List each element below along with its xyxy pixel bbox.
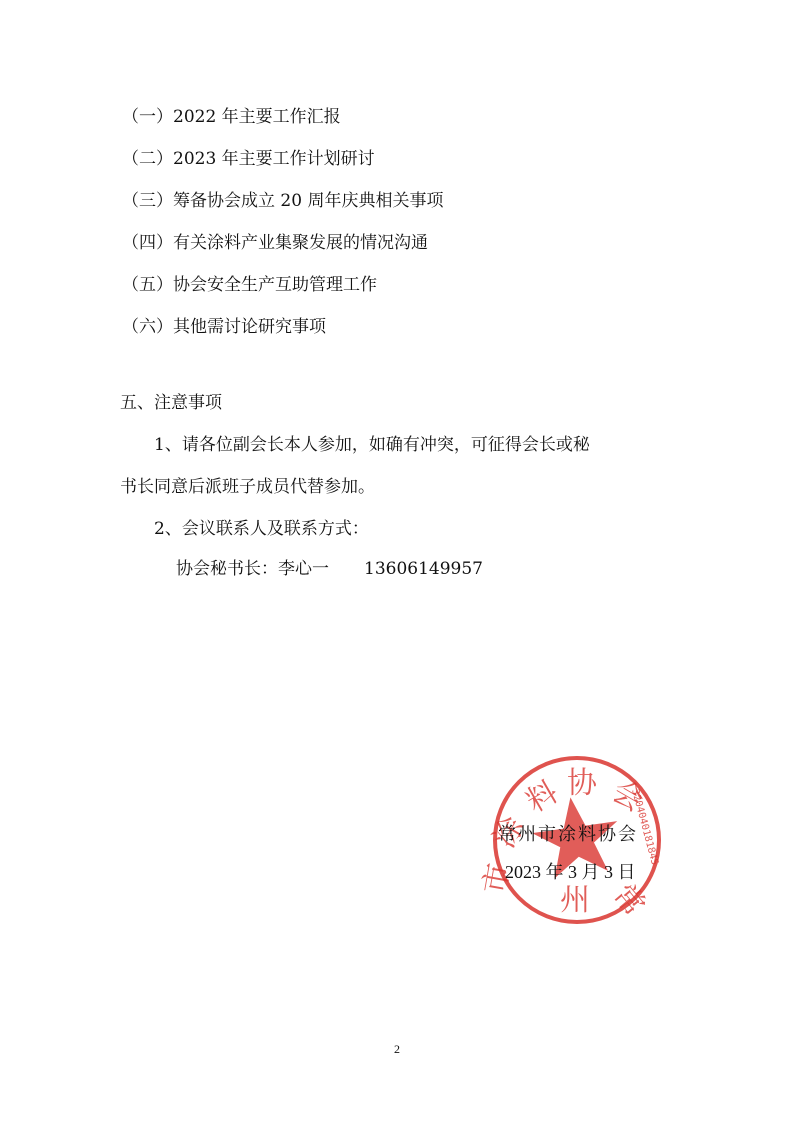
agenda-item-4: （四）有关涂料产业集聚发展的情况沟通 xyxy=(122,232,428,254)
note-2: 2、会议联系人及联系方式： xyxy=(154,518,369,540)
signature-org: 常州市涂料协会 xyxy=(498,820,638,846)
signature-date: 2023 年 3 月 3 日 xyxy=(505,858,636,884)
svg-text:料: 料 xyxy=(521,775,564,820)
contact-label: 协会秘书长：李心一 xyxy=(176,558,329,580)
agenda-item-2: （二）2023 年主要工作计划研讨 xyxy=(122,148,375,170)
agenda-item-3: （三）筹备协会成立 20 周年庆典相关事项 xyxy=(122,190,443,212)
agenda-item-1: （一）2022 年主要工作汇报 xyxy=(122,106,341,128)
note-1-line-1: 1、请各位副会长本人参加，如确有冲突，可征得会长或秘 xyxy=(154,434,590,456)
agenda-item-5: （五）协会安全生产互助管理工作 xyxy=(122,274,377,296)
note-1-line-2: 书长同意后派班子成员代替参加。 xyxy=(120,476,375,498)
svg-text:州: 州 xyxy=(560,883,590,918)
notes-heading: 五、注意事项 xyxy=(120,392,222,414)
agenda-item-6: （六）其他需讨论研究事项 xyxy=(122,316,326,338)
contact-phone: 13606149957 xyxy=(364,558,483,580)
svg-text:协: 协 xyxy=(567,766,598,801)
page-number: 2 xyxy=(394,1042,400,1057)
